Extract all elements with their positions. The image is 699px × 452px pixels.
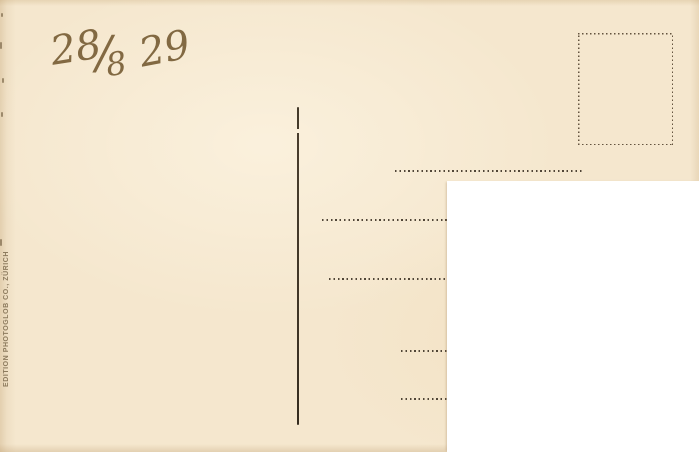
edge-speck [0,42,2,49]
handwritten-date: 28 / 8 29 [38,12,208,90]
publisher-imprint: EDITION PHOTOGLOB CO., ZÜRICH [3,246,15,392]
edge-speck [0,239,2,246]
edge-speck [1,112,3,117]
date-year: 29 [134,22,194,77]
address-line-3 [329,278,454,280]
edge-speck [1,13,3,17]
address-line-1 [395,170,582,172]
postcard-back: 28 / 8 29 EDITION PHOTOGLOB CO., ZÜRICH [0,0,699,452]
address-line-2 [322,219,454,221]
stamp-box [578,33,673,145]
blank-white-patch [447,181,699,452]
divider-line [297,107,299,425]
edge-speck [2,78,4,83]
date-month: 8 [103,44,128,84]
